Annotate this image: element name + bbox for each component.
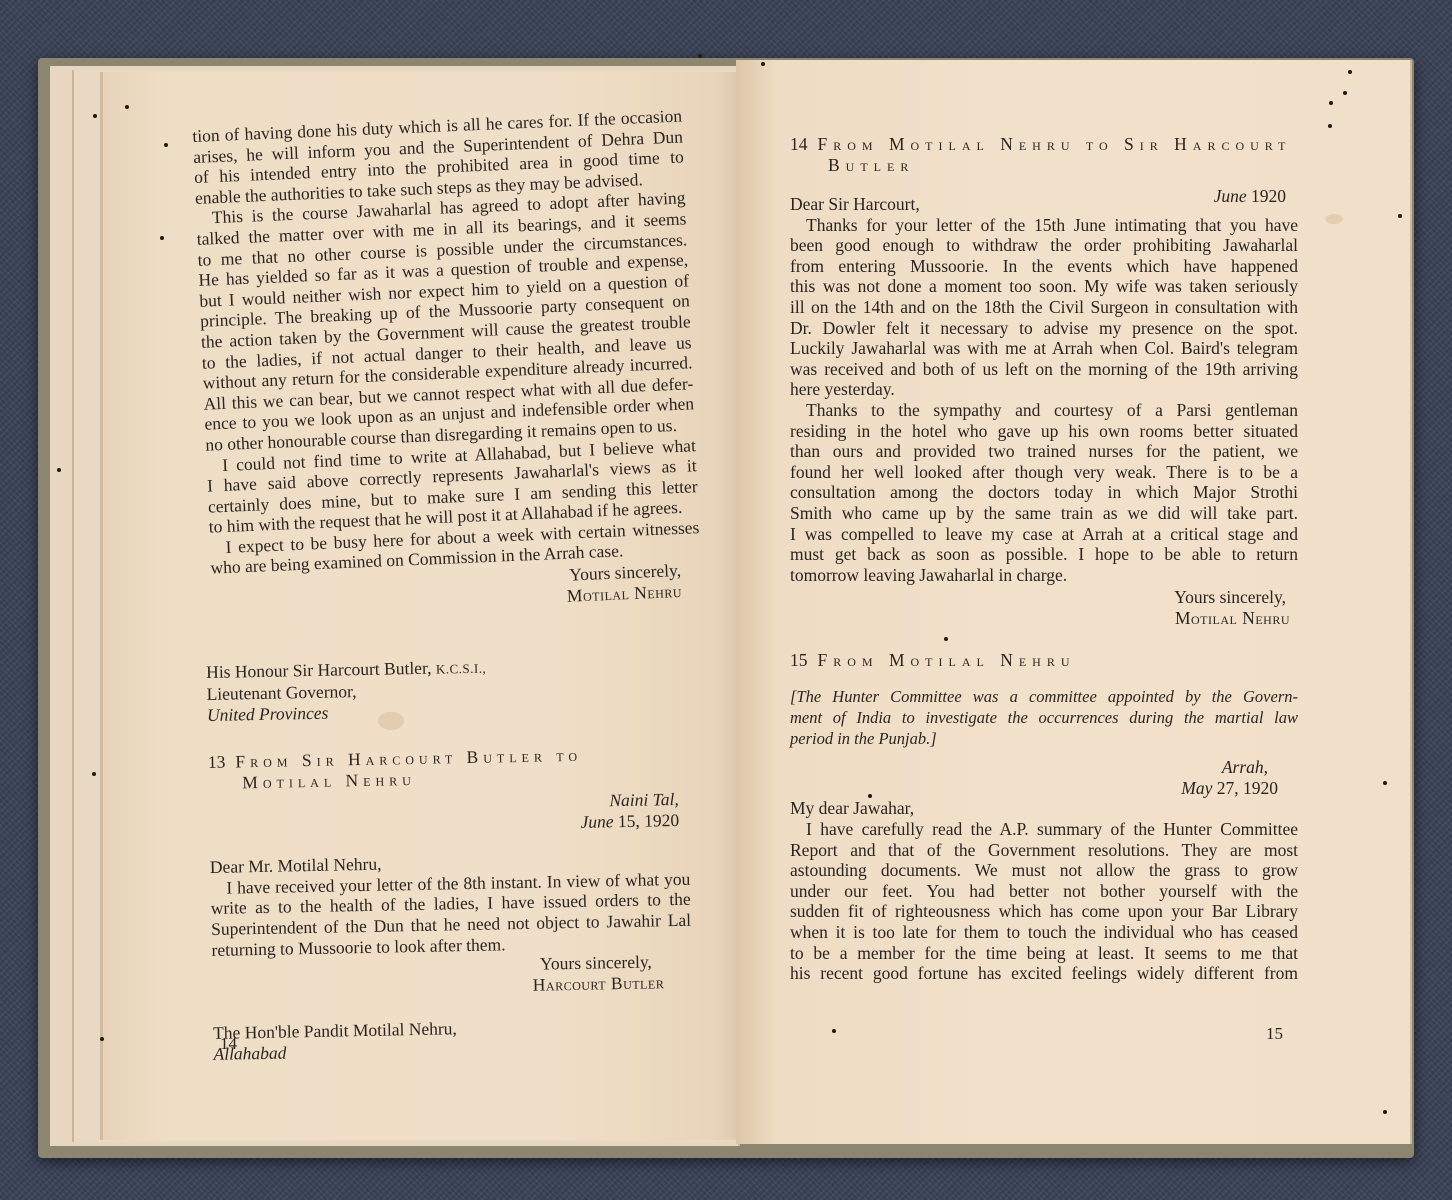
foxing-spot: [164, 143, 168, 147]
text-line: Smith who came up by the same train as w…: [790, 503, 1298, 524]
text-line: consultation among the doctors today in …: [790, 482, 1298, 503]
foxing-spot: [160, 236, 164, 240]
text-line: to be a member for the time being at lea…: [790, 943, 1298, 964]
date-rest: 27, 1920: [1212, 778, 1278, 798]
date-rest: 15, 1920: [613, 810, 679, 831]
note-line: period in the Punjab.]: [790, 729, 1298, 750]
letter-number: 14: [790, 134, 808, 154]
foxing-spot: [1383, 781, 1387, 785]
heading-text: From Motilal Nehru: [818, 650, 1076, 670]
letter-13-heading: 13From Sir Harcourt Butler to Motilal Ne…: [208, 743, 689, 794]
text-line: was received and both of us left on the …: [790, 359, 1298, 380]
honorific: K.C.S.I.,: [436, 661, 487, 677]
salutation: My dear Jawahar,: [790, 798, 1298, 819]
editorial-note: [The Hunter Committee was a committee ap…: [790, 687, 1298, 749]
text-line: tomorrow leaving Jawaharlal in charge.: [790, 565, 1298, 586]
foxing-spot: [944, 637, 948, 641]
paper-stain: [378, 712, 404, 730]
text-line: Dr. Dowler felt it necessary to advise m…: [790, 318, 1298, 339]
place: Arrah,: [790, 757, 1298, 778]
note-line: ment of India to investigate the occurre…: [790, 708, 1298, 729]
foxing-spot: [832, 1029, 836, 1033]
closing: Yours sincerely,: [790, 587, 1298, 608]
foxing-spot: [868, 794, 872, 798]
text-line: found her well looked after though very …: [790, 462, 1298, 483]
foxing-spot: [57, 468, 61, 472]
letter-13-block: His Honour Sir Harcourt Butler, K.C.S.I.…: [206, 653, 694, 1065]
letter-15-heading: 15From Motilal Nehru: [790, 650, 1298, 671]
text-line: astounding documents. We must not allow …: [790, 860, 1298, 881]
paper-stain: [1325, 214, 1343, 224]
text-line: I was compelled to leave my case at Arra…: [790, 524, 1298, 545]
text-line: residing in the hotel who gave up his ow…: [790, 421, 1298, 442]
signature: Motilal Nehru: [790, 608, 1298, 629]
text-line: here yesterday.: [790, 379, 1298, 400]
text-line: Thanks to the sympathy and courtesy of a…: [790, 400, 1298, 421]
foxing-spot: [93, 114, 97, 118]
foxing-spot: [1383, 1110, 1387, 1114]
text-line: Thanks for your letter of the 15th June …: [790, 215, 1298, 236]
text-line: sudden fit of righteousness which has co…: [790, 901, 1298, 922]
salutation-row: Dear Sir Harcourt, June 1920: [790, 186, 1298, 215]
letter-number: 13: [208, 752, 226, 772]
text-line: Report and that of the Government resolu…: [790, 840, 1298, 861]
foxing-spot: [92, 772, 96, 776]
date-month: May: [1181, 778, 1212, 798]
foxing-spot: [1348, 70, 1352, 74]
text-line: Luckily Jawaharlal was with me at Arrah …: [790, 338, 1298, 359]
text-line: when it is too late for them to touch th…: [790, 922, 1298, 943]
heading-text: Butler: [790, 155, 1298, 176]
text-line: from entering Mussoorie. In the events w…: [790, 256, 1298, 277]
date-year: 1920: [1247, 186, 1286, 206]
letter-number: 15: [790, 650, 808, 670]
text-line: I have carefully read the A.P. summary o…: [790, 819, 1298, 840]
foxing-spot: [100, 1037, 104, 1041]
letter-14-heading: 14From Motilal Nehru to Sir Harcourt But…: [790, 134, 1298, 176]
text-line: ill on the 14th and on the 18th the Civi…: [790, 297, 1298, 318]
salutation: Dear Sir Harcourt,: [790, 194, 920, 215]
foxing-spot: [125, 105, 129, 109]
text-line: been good enough to withdraw the order p…: [790, 235, 1298, 256]
text-line: under our feet. You had better not bothe…: [790, 881, 1298, 902]
page-number-right: 15: [1266, 1024, 1283, 1044]
text-line: this was not done a moment too soon. My …: [790, 276, 1298, 297]
text-line: must get back as soon as possible. I hop…: [790, 544, 1298, 565]
foxing-spot: [1343, 91, 1347, 95]
foxing-spot: [761, 62, 765, 66]
letter-12-continuation: tion of having done his duty which is al…: [192, 105, 702, 620]
date-month: June: [1214, 186, 1247, 206]
date: May 27, 1920: [790, 778, 1298, 799]
foxing-spot: [1398, 214, 1402, 218]
text-line: his recent good fortune has excited feel…: [790, 963, 1298, 984]
note-line: [The Hunter Committee was a committee ap…: [790, 687, 1298, 708]
date-month: June: [580, 811, 613, 832]
right-page-text: 14From Motilal Nehru to Sir Harcourt But…: [790, 134, 1298, 984]
recipient-address: His Honour Sir Harcourt Butler, K.C.S.I.…: [206, 653, 687, 726]
text-line: than ours and provided two trained nurse…: [790, 441, 1298, 462]
address-line: His Honour Sir Harcourt Butler,: [206, 658, 432, 682]
page-number-left: 14: [220, 1034, 237, 1054]
foxing-spot: [698, 54, 702, 58]
heading-text: From Motilal Nehru to Sir Harcourt: [818, 134, 1292, 154]
foxing-spot: [1328, 124, 1332, 128]
foxing-spot: [1329, 101, 1333, 105]
